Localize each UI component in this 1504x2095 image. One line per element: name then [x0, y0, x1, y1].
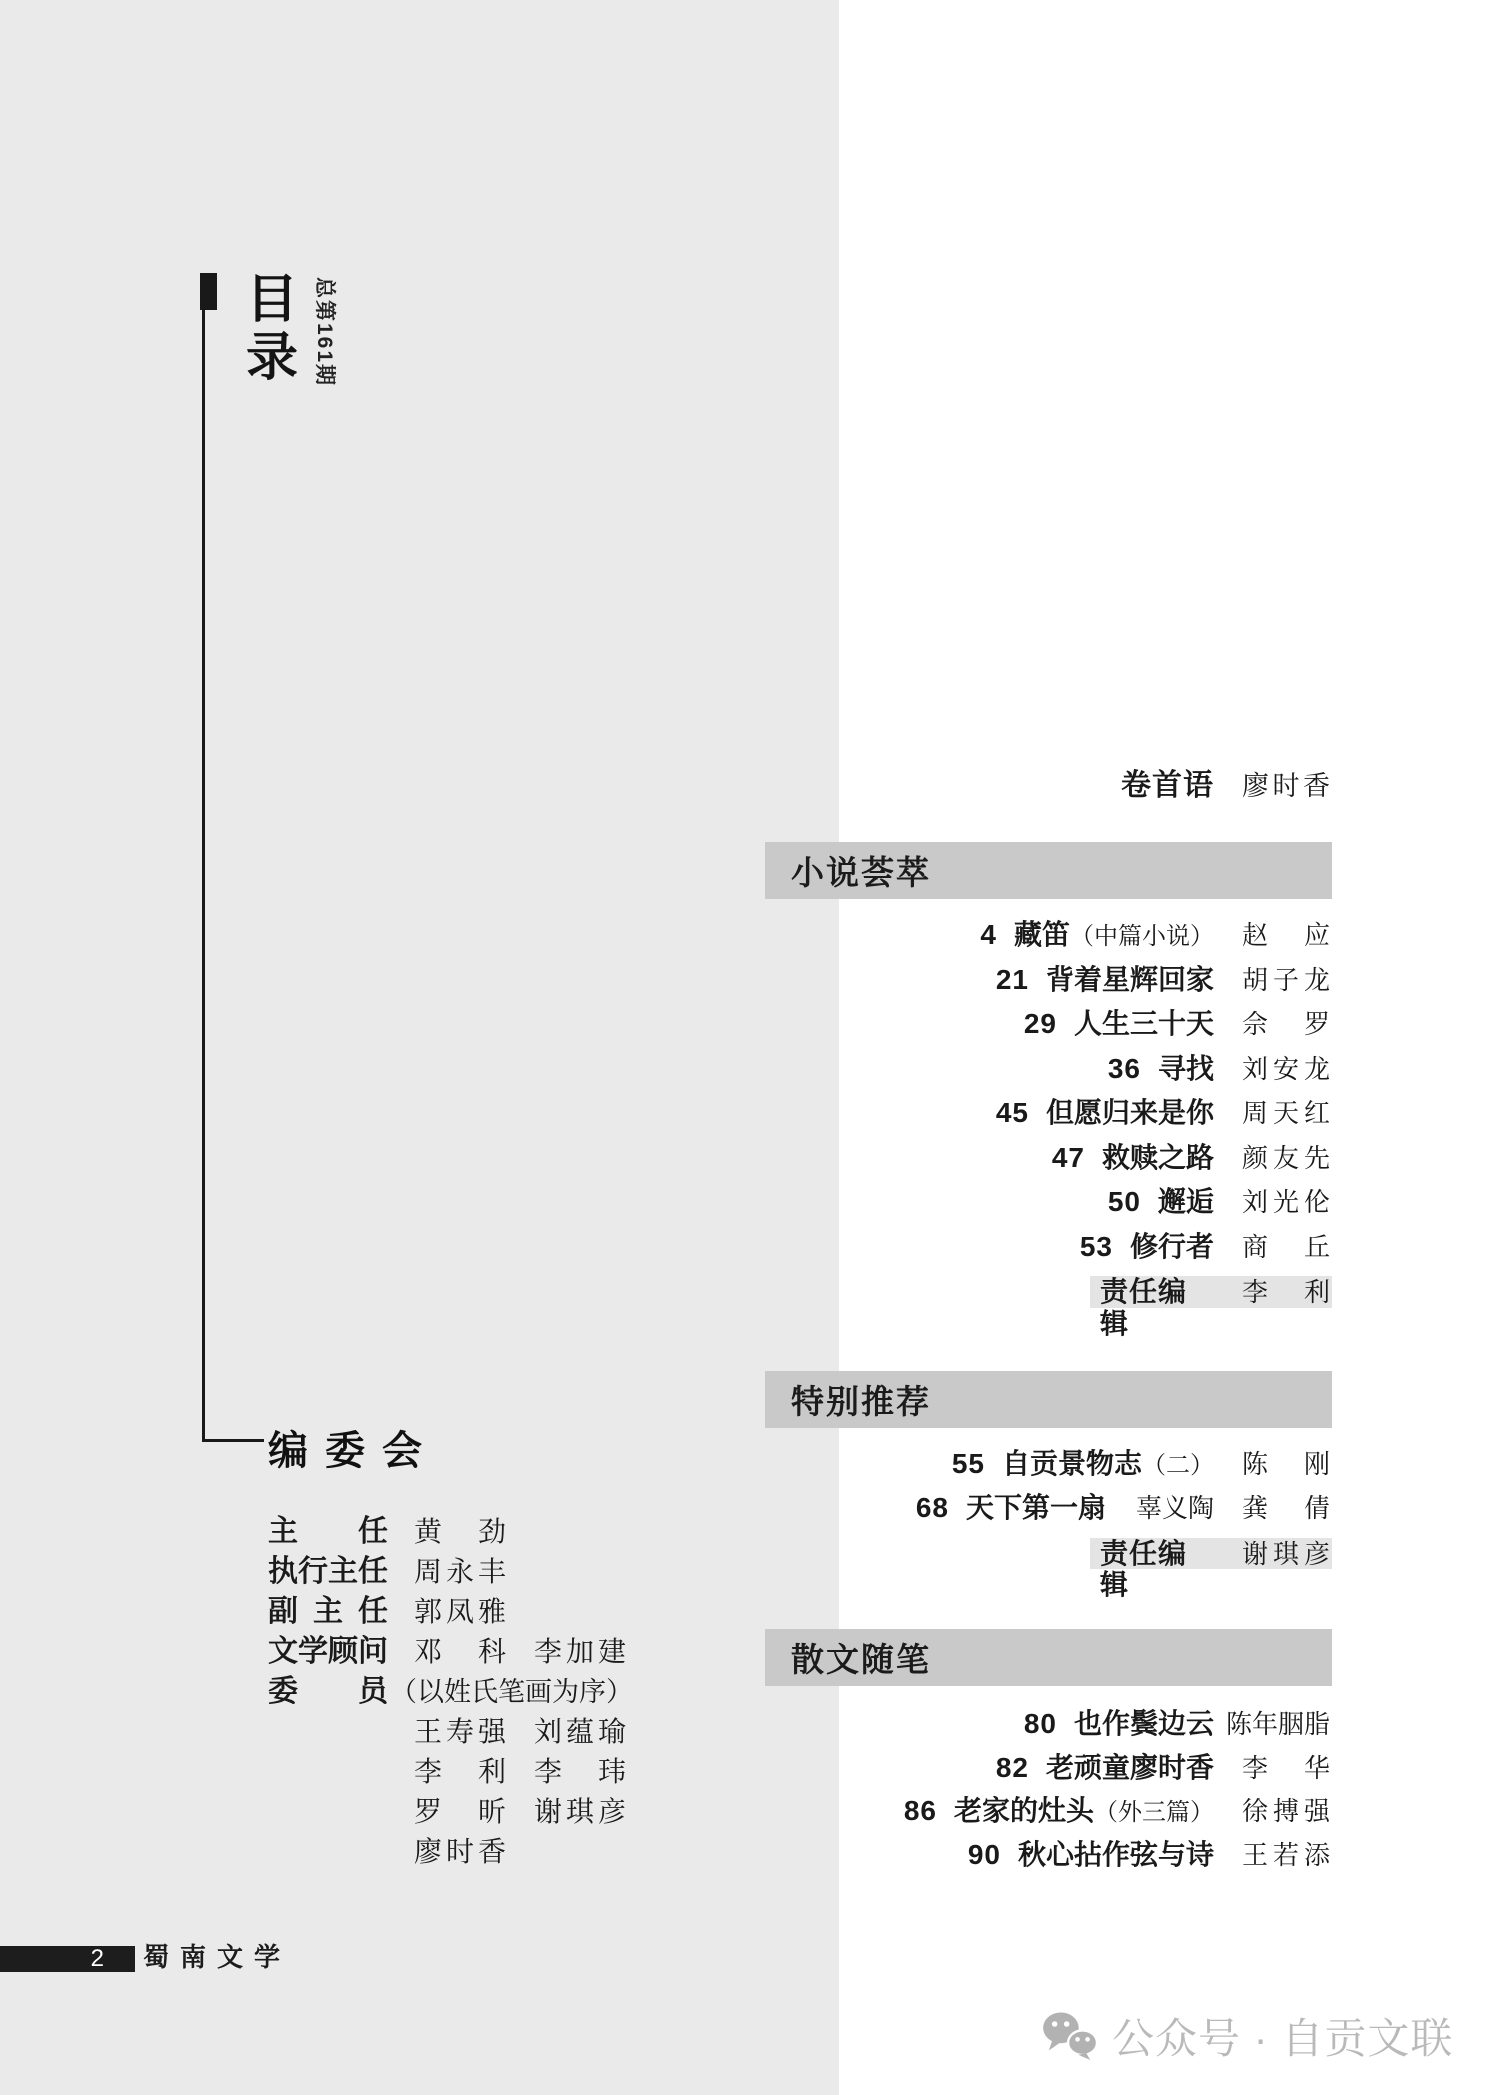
committee-row: 李利李玮 — [268, 1752, 633, 1792]
committee-row: 罗昕谢琪彦 — [268, 1792, 633, 1832]
wechat-icon — [1042, 2011, 1100, 2061]
section-bar: 小说荟萃 — [765, 842, 1332, 899]
entry-author: 胡子龙 — [1242, 959, 1330, 1004]
section-title: 散文随笔 — [791, 1634, 931, 1681]
section-title: 特别推荐 — [791, 1376, 931, 1423]
toc-entry: 4藏笛（中篇小说）赵应 — [765, 913, 1332, 958]
committee-role: 委员 — [268, 1672, 388, 1712]
entry-subtitle: （中篇小说） — [1070, 914, 1214, 959]
entry-page-number: 45 — [996, 1091, 1029, 1136]
entry-page-number: 80 — [1024, 1702, 1057, 1746]
entry-title: 老顽童廖时香 — [1046, 1746, 1214, 1790]
entry-author: 颜友先 — [1242, 1137, 1330, 1182]
editor-label: 责任编辑 — [1100, 1538, 1214, 1600]
magazine-name: 蜀南文学 — [143, 1943, 291, 1973]
committee-rows: 主任黄劲执行主任周永丰副主任郭凤雅文学顾问邓科李加建委员（以姓氏笔画为序）王寿强… — [268, 1512, 633, 1872]
committee-name: 李玮 — [534, 1752, 626, 1792]
entry-page-number: 21 — [996, 958, 1029, 1003]
toc-entry: 36寻找刘安龙 — [765, 1047, 1332, 1092]
connector-horizontal-line — [202, 1439, 264, 1442]
entry-title: 背着星辉回家 — [1046, 958, 1214, 1003]
section-special: 特别推荐 55自贡景物志（二）陈刚68天下第一扇辜义陶龚倩 责任编辑谢琪彦 — [765, 1371, 1332, 1569]
toc-entry: 55自贡景物志（二）陈刚 — [765, 1442, 1332, 1486]
committee-name: 邓科 — [414, 1632, 506, 1672]
entry-author: 陈刚 — [1242, 1444, 1330, 1488]
committee-heading: 编委会 — [268, 1419, 439, 1476]
entries-list: 80也作鬓边云陈年胭脂82老顽童廖时香李华86老家的灶头（外三篇）徐搏强90秋心… — [765, 1702, 1332, 1876]
entry-author: 刘光伦 — [1242, 1181, 1330, 1226]
entries-list: 55自贡景物志（二）陈刚68天下第一扇辜义陶龚倩 — [765, 1442, 1332, 1529]
entry-page-number: 50 — [1108, 1180, 1141, 1225]
entry-subtitle: （外三篇） — [1094, 1791, 1214, 1835]
entry-page-number: 4 — [980, 913, 997, 958]
toc-entry: 90秋心拈作弦与诗王若添 — [765, 1833, 1332, 1877]
entry-author: 赵应 — [1242, 914, 1330, 959]
toc-title: 目录 — [243, 271, 301, 387]
entry-title: 天下第一扇 — [966, 1486, 1106, 1530]
committee-name: 周永丰 — [414, 1552, 506, 1592]
foreword-label: 卷首语 — [1121, 769, 1214, 803]
watermark-text: 公众号 · 自贡文联 — [1112, 2006, 1453, 2066]
editor-box: 责任编辑李利 — [1090, 1276, 1332, 1308]
editor-box: 责任编辑谢琪彦 — [1090, 1538, 1332, 1569]
committee-row: 王寿强刘蕴瑜 — [268, 1712, 633, 1752]
entry-page-number: 36 — [1108, 1047, 1141, 1092]
corner-marker — [200, 273, 217, 310]
committee-role: 执行主任 — [268, 1552, 388, 1592]
committee-name: 谢琪彦 — [534, 1792, 626, 1832]
foreword-author: 廖时香 — [1242, 770, 1330, 804]
committee-name: 廖时香 — [414, 1832, 506, 1872]
section-bar: 散文随笔 — [765, 1629, 1332, 1686]
foreword-row: 卷首语 廖时香 — [1000, 769, 1332, 804]
entry-author: 刘安龙 — [1242, 1048, 1330, 1093]
entry-author: 龚倩 — [1242, 1488, 1330, 1532]
watermark: 公众号 · 自贡文联 — [1042, 2006, 1453, 2066]
entry-title: 邂逅 — [1158, 1180, 1214, 1225]
entry-title: 但愿归来是你 — [1046, 1091, 1214, 1136]
committee-name: 刘蕴瑜 — [534, 1712, 626, 1752]
entry-subtitle: （二） — [1142, 1444, 1214, 1488]
entry-page-number: 82 — [996, 1746, 1029, 1790]
section-essays: 散文随笔 80也作鬓边云陈年胭脂82老顽童廖时香李华86老家的灶头（外三篇）徐搏… — [765, 1629, 1332, 1876]
section-fiction: 小说荟萃 4藏笛（中篇小说）赵应21背着星辉回家胡子龙29人生三十天佘罗36寻找… — [765, 842, 1332, 1308]
committee-row: 文学顾问邓科李加建 — [268, 1632, 633, 1672]
entry-title: 修行者 — [1130, 1225, 1214, 1270]
entry-page-number: 68 — [916, 1486, 949, 1530]
toc-entry: 47救赎之路颜友先 — [765, 1136, 1332, 1181]
entry-title: 秋心拈作弦与诗 — [1018, 1833, 1214, 1877]
toc-entry: 21背着星辉回家胡子龙 — [765, 958, 1332, 1003]
toc-entry: 68天下第一扇辜义陶龚倩 — [765, 1486, 1332, 1530]
entry-title: 寻找 — [1158, 1047, 1214, 1092]
entry-author: 辜义陶 — [1136, 1488, 1214, 1532]
entry-title: 也作鬓边云 — [1074, 1702, 1214, 1746]
committee-row: 委员（以姓氏笔画为序） — [268, 1672, 633, 1712]
committee-name: 黄劲 — [414, 1512, 506, 1552]
page-number: 2 — [91, 1945, 104, 1972]
entry-page-number: 86 — [904, 1789, 937, 1833]
committee-name: 王寿强 — [414, 1712, 506, 1752]
entry-page-number: 55 — [952, 1442, 985, 1486]
toc-entry: 50邂逅刘光伦 — [765, 1180, 1332, 1225]
committee-row: 主任黄劲 — [268, 1512, 633, 1552]
committee-role: 文学顾问 — [268, 1632, 388, 1672]
entry-page-number: 90 — [968, 1833, 1001, 1877]
committee-row: 副主任郭凤雅 — [268, 1592, 633, 1632]
committee-role: 副主任 — [268, 1592, 388, 1632]
committee-name: 李利 — [414, 1752, 506, 1792]
entry-author: 徐搏强 — [1242, 1791, 1330, 1835]
footer-page-bar: 2 — [0, 1946, 135, 1972]
committee-role: 主任 — [268, 1512, 388, 1552]
connector-vertical-line — [202, 310, 205, 1441]
toc-entry: 29人生三十天佘罗 — [765, 1002, 1332, 1047]
committee-name: 郭凤雅 — [414, 1592, 506, 1632]
section-title: 小说荟萃 — [791, 847, 931, 894]
entry-page-number: 53 — [1080, 1225, 1113, 1270]
entry-title: 老家的灶头 — [954, 1789, 1094, 1833]
committee-name: 李加建 — [534, 1632, 626, 1672]
magazine-toc-page: 目录 总第161期 卷首语 廖时香 小说荟萃 4藏笛（中篇小说）赵应21背着星辉… — [0, 0, 1504, 2095]
entry-title: 自贡景物志 — [1002, 1442, 1142, 1486]
editor-label: 责任编辑 — [1100, 1276, 1214, 1340]
entry-title: 人生三十天 — [1074, 1002, 1214, 1047]
committee-name: 罗昕 — [414, 1792, 506, 1832]
committee-note: （以姓氏笔画为序） — [390, 1673, 633, 1713]
entry-page-number: 29 — [1024, 1002, 1057, 1047]
entry-author: 王若添 — [1242, 1835, 1330, 1879]
editor-name: 李利 — [1242, 1277, 1330, 1309]
editor-name: 谢琪彦 — [1242, 1540, 1330, 1571]
committee-row: 执行主任周永丰 — [268, 1552, 633, 1592]
toc-entry: 82老顽童廖时香李华 — [765, 1746, 1332, 1790]
entry-author: 李华 — [1242, 1748, 1330, 1792]
section-bar: 特别推荐 — [765, 1371, 1332, 1428]
entry-author: 周天红 — [1242, 1092, 1330, 1137]
entry-title: 藏笛 — [1014, 913, 1070, 958]
entries-list: 4藏笛（中篇小说）赵应21背着星辉回家胡子龙29人生三十天佘罗36寻找刘安龙45… — [765, 913, 1332, 1269]
toc-entry: 53修行者商丘 — [765, 1225, 1332, 1270]
committee-row: 廖时香 — [268, 1832, 633, 1872]
entry-title: 救赎之路 — [1102, 1136, 1214, 1181]
entry-author: 陈年胭脂 — [1242, 1704, 1330, 1748]
entry-page-number: 47 — [1052, 1136, 1085, 1181]
toc-entry: 86老家的灶头（外三篇）徐搏强 — [765, 1789, 1332, 1833]
entry-author: 商丘 — [1242, 1226, 1330, 1271]
toc-entry: 45但愿归来是你周天红 — [765, 1091, 1332, 1136]
entry-author: 佘罗 — [1242, 1003, 1330, 1048]
toc-entry: 80也作鬓边云陈年胭脂 — [765, 1702, 1332, 1746]
issue-number: 总第161期 — [311, 277, 341, 387]
